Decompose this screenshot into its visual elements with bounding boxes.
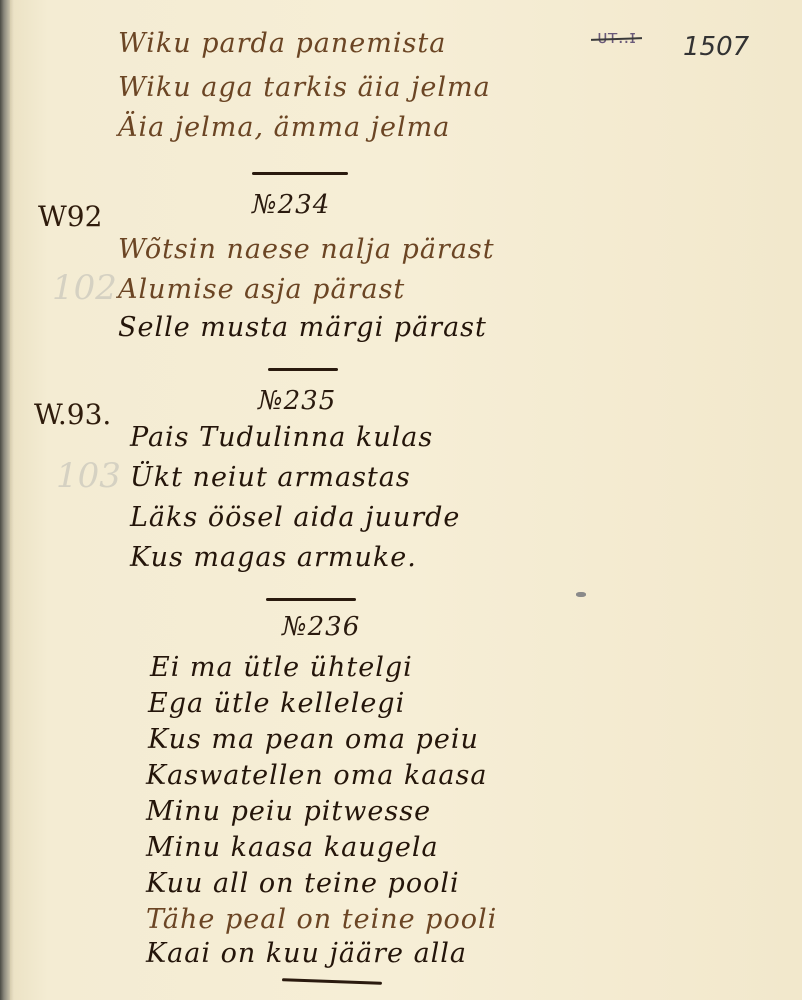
verse-line: Pais Tudulinna kulas (130, 424, 433, 451)
verse-line: Alumise asja pärast (118, 276, 405, 303)
paper-blemish (576, 592, 586, 597)
section-divider (282, 978, 382, 984)
verse-line: Äia jelma, ämma jelma (118, 114, 450, 141)
verse-line: Ega ütle kellelegi (148, 690, 405, 717)
pencil-note: 103 (56, 456, 121, 496)
verse-line: Kuu all on teine pooli (146, 870, 460, 897)
song-number: №235 (258, 386, 336, 416)
verse-line: Kaai on kuu jääre alla (146, 940, 467, 967)
verse-line: Ükt neiut armastas (130, 464, 411, 491)
section-divider (266, 598, 356, 601)
verse-line: Minu kaasa kaugela (146, 834, 439, 861)
verse-line: Wiku parda panemista (118, 30, 446, 57)
pencil-note: 102 (52, 268, 117, 308)
struck-archive-number: ᴜᴛ..ɪ (597, 27, 636, 48)
verse-line: Kus magas armuke. (130, 544, 417, 571)
verse-line: Kaswatellen oma kaasa (146, 762, 487, 789)
book-binding-edge (0, 0, 10, 1000)
verse-line: Läks öösel aida juurde (130, 504, 460, 531)
verse-line: Wiku aga tarkis äia jelma (118, 74, 491, 101)
song-number: №234 (252, 190, 330, 220)
manuscript-page: ᴜᴛ..ɪ 1507 Wiku parda panemista Wiku aga… (0, 0, 802, 1000)
verse-line: Selle musta märgi pärast (118, 314, 487, 341)
song-number: №236 (282, 612, 360, 642)
page-fold (10, 0, 14, 1000)
archive-number: 1507 (683, 32, 749, 62)
section-divider (268, 368, 338, 371)
margin-reference: W92 (38, 200, 102, 233)
verse-line: Kus ma pean oma peiu (148, 726, 479, 753)
section-divider (252, 172, 348, 175)
verse-line: Minu peiu pitwesse (146, 798, 431, 825)
verse-line: Wõtsin naese nalja pärast (118, 236, 495, 263)
margin-reference: W.93. (34, 398, 111, 431)
verse-line: Ei ma ütle ühtelgi (150, 654, 413, 681)
verse-line: Tähe peal on teine pooli (146, 906, 497, 933)
